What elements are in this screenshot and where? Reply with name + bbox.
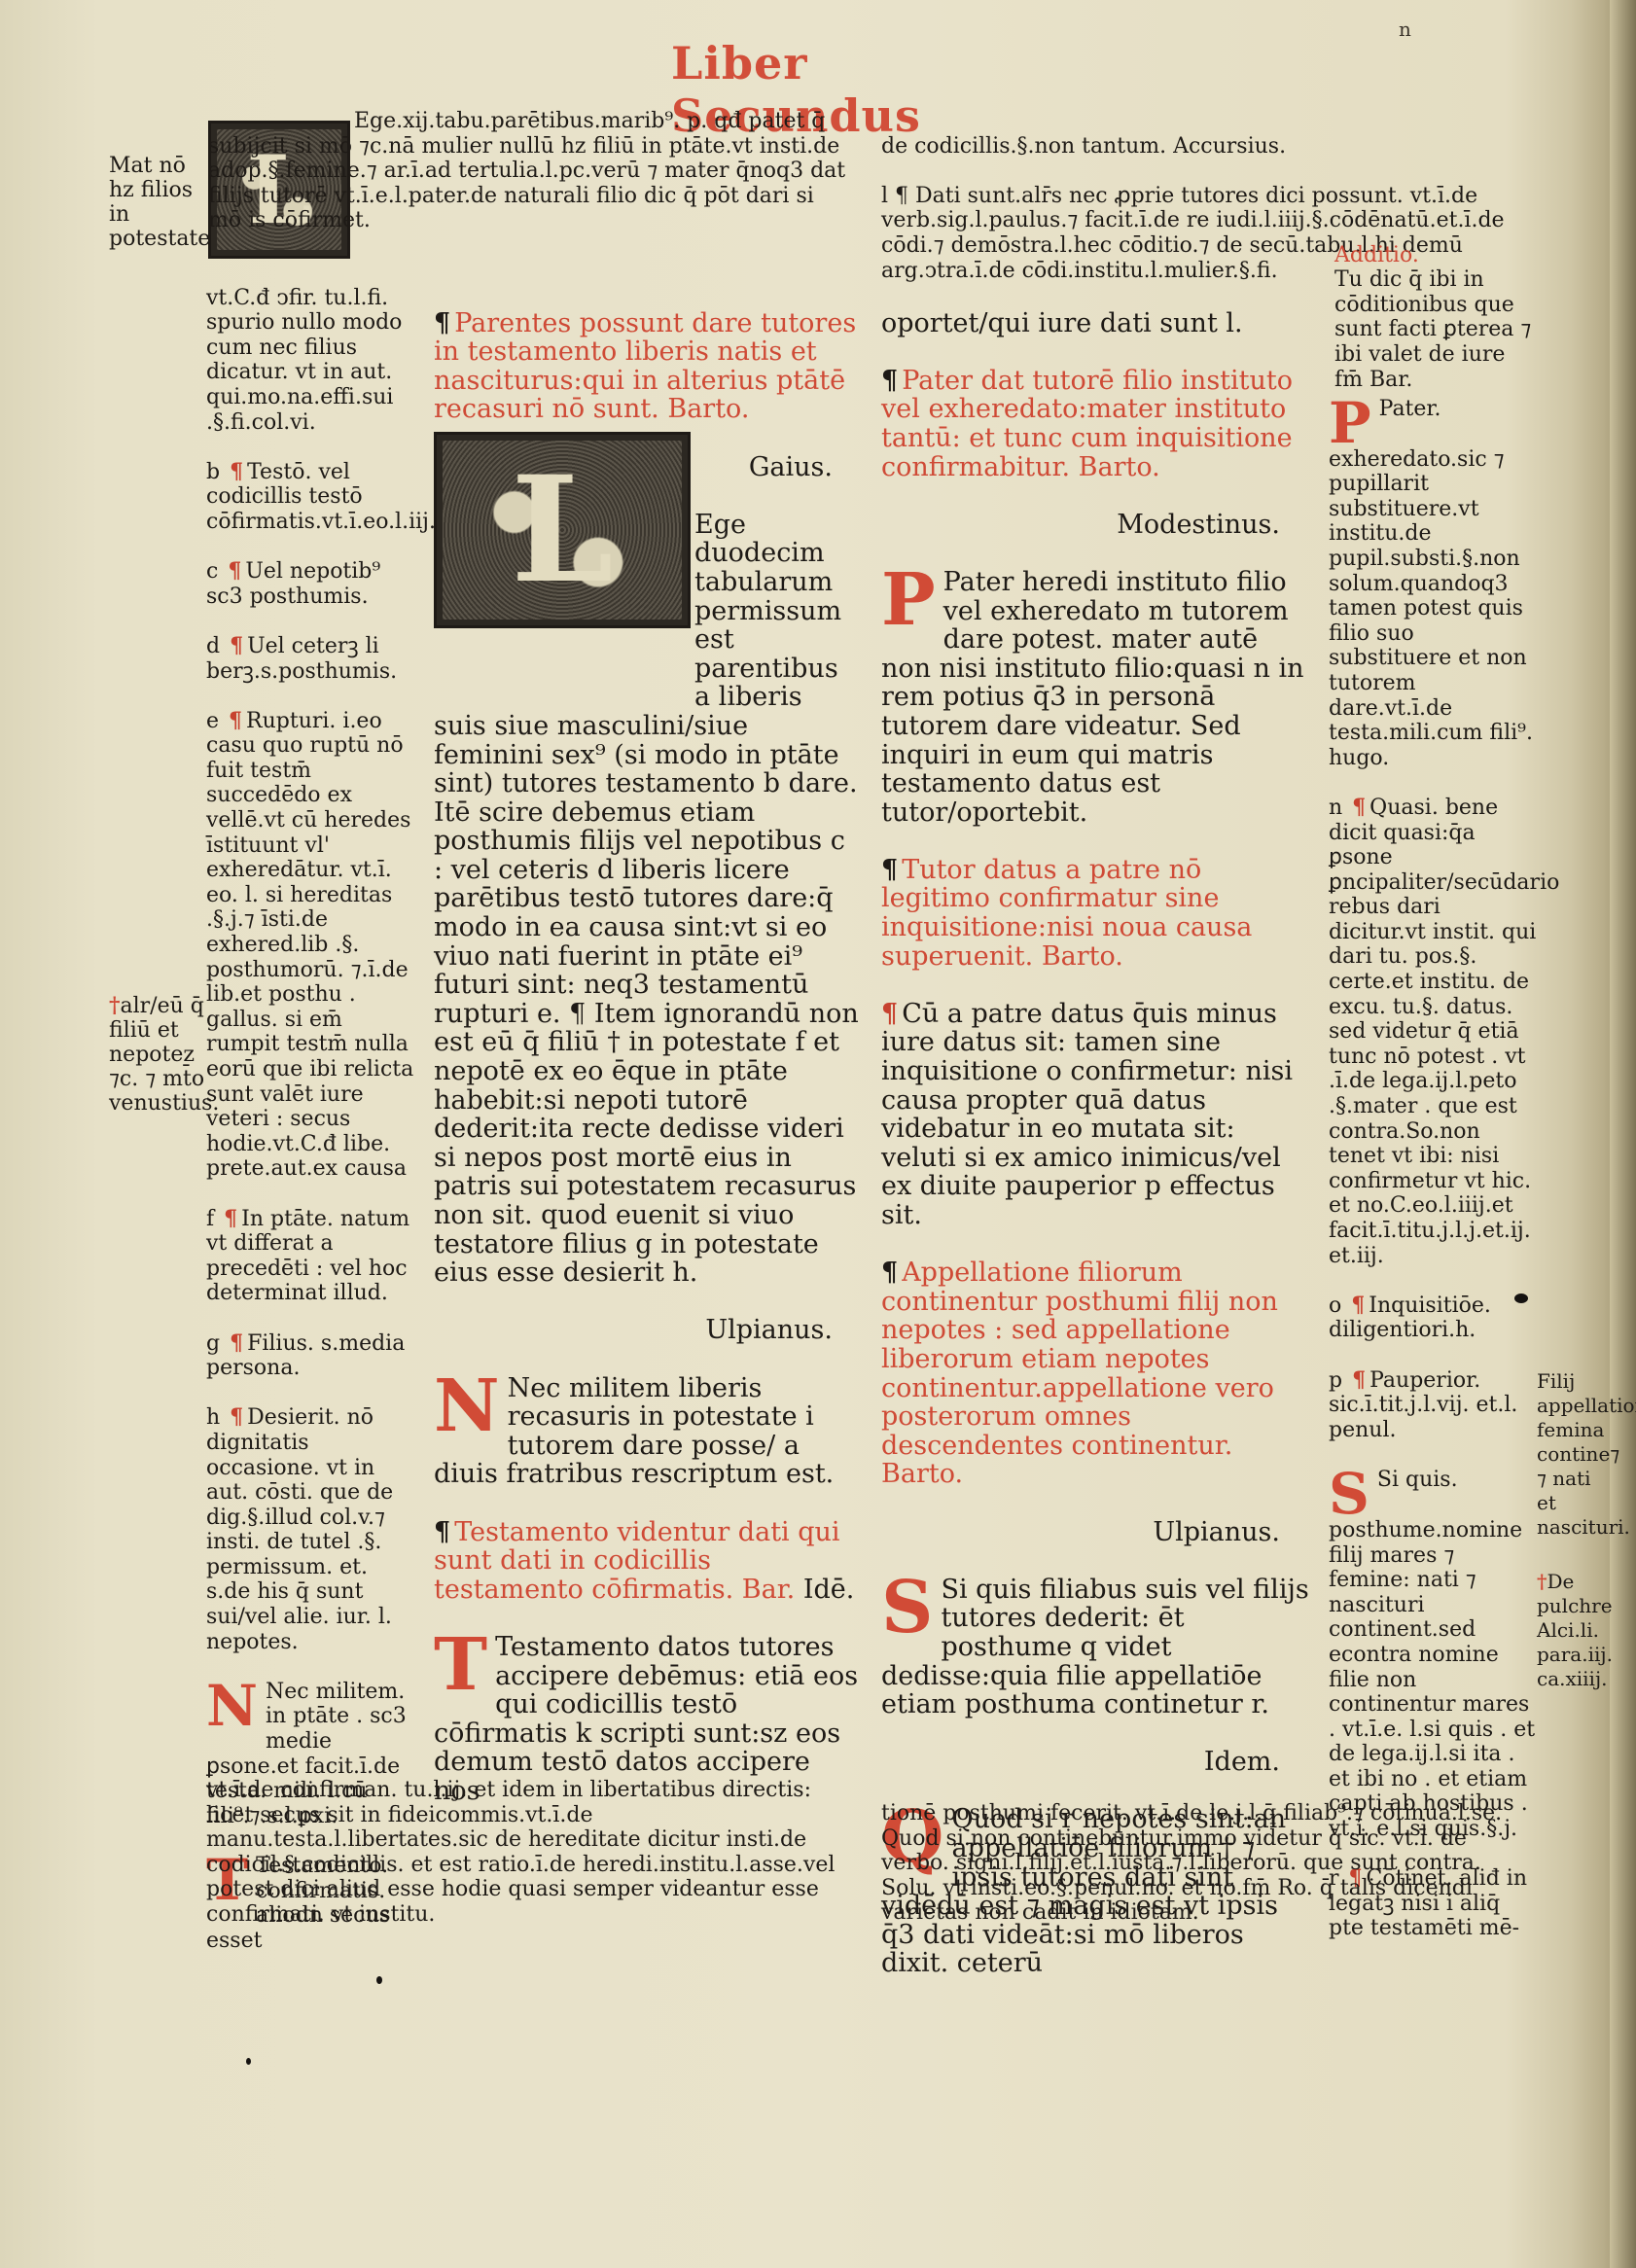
pilcrow-icon: ¶ [881, 1258, 898, 1288]
ink-speck [376, 1976, 382, 1984]
gloss-entry: vt.C.đ ↄfir. tu.l.fi. spurio nullo modo … [206, 286, 418, 436]
rubric-summary: ¶Parentes possunt dare tutores in testam… [434, 309, 862, 424]
rubric-initial-s: S [1329, 1470, 1369, 1518]
folio-mark: n [1399, 18, 1411, 41]
rubric-initial-p: P [881, 570, 936, 630]
gloss-entry: SSi quis. posthume.nomine filij mares ⁊ … [1329, 1468, 1537, 1842]
rubric-summary: ¶Tutor datus a patre nō legitimo confirm… [881, 856, 1309, 971]
pilcrow-icon: ¶ [224, 1206, 237, 1231]
pilcrow-icon: ¶ [1352, 795, 1366, 820]
gloss-entry: h¶Desierit. nō dignitatis occasione. vt … [206, 1405, 418, 1654]
gloss-left-column: vt.C.đ ↄfir. tu.l.fi. spurio nullo modo … [206, 261, 418, 1978]
author-heading: Idem. [881, 1748, 1309, 1777]
gloss-top-left: Ege.xij.tabu.parētibus.marib⁹. p. qđ pat… [208, 109, 850, 233]
main-paragraph: ¶Cū a patre datus q̄uis minus iure datus… [881, 1000, 1309, 1230]
rubric-summary: ¶Pater dat tutorē filio instituto vel ex… [881, 367, 1309, 481]
pilcrow-icon: ¶ [881, 855, 898, 885]
gloss-entry: PPater. exheredato.sic ⁊ pupillarit subs… [1329, 397, 1537, 771]
margin-note-top-left: Mat nō hz filios in potestate. [109, 154, 206, 251]
margin-note-right-cross: †De pulchre Alci.li. para.iij. ca.xiiij. [1537, 1570, 1615, 1691]
pilcrow-icon: ¶ [434, 308, 450, 338]
cross-mark-icon: † [109, 993, 121, 1018]
pilcrow-icon: ¶ [228, 558, 241, 584]
pilcrow-icon: ¶ [881, 999, 898, 1029]
main-text-right: oportet/qui iure dati sunt l. ¶Pater dat… [881, 280, 1309, 2007]
gloss-entry: d¶Uel ceterꝫ li berꝫ.s.posthumis. [206, 634, 418, 684]
addition-label: Additio. [1334, 243, 1419, 267]
gloss-bottom-right: tionē posthumi fecerit. vt.ī.de le.j.l.q… [881, 1801, 1533, 1926]
pilcrow-icon: ¶ [229, 708, 242, 733]
gloss-bottom-left: vt.ī.de confirman. tu.l.ij. et idem in l… [206, 1778, 860, 1928]
woodcut-letter: L [437, 435, 688, 625]
rubric-initial-p: P [1329, 399, 1371, 447]
gloss-right-column: PPater. exheredato.sic ⁊ pupillarit subs… [1329, 372, 1537, 1967]
gloss-entry: e¶Rupturi. i.eo casu quo ruptū nō fuit t… [206, 709, 418, 1182]
margin-note-mid-left: †alr/eū q̄ filiū et nepotez ⁊c. ⁊ mt̄o v… [109, 994, 206, 1116]
author-heading: Modestinus. [881, 511, 1309, 540]
pilcrow-icon: ¶ [230, 633, 243, 658]
pilcrow-icon: ¶ [230, 459, 243, 484]
rubric-initial-n: N [206, 1682, 258, 1730]
rubric-summary: ¶Testamento videntur dati qui sunt dati … [434, 1518, 862, 1605]
gloss-entry: g¶Filius. s.media persona. [206, 1331, 418, 1381]
margin-note-text: alr/eū q̄ filiū et nepotez ⁊c. ⁊ mt̄o ve… [109, 994, 219, 1116]
pilcrow-icon: ¶ [1351, 1293, 1365, 1318]
ink-speck [246, 2058, 251, 2065]
main-paragraph: oportet/qui iure dati sunt l. [881, 309, 1309, 338]
gloss-addition: Additio. Tu dic q̄ ibi in cōditionibus q… [1334, 218, 1539, 392]
gloss-entry: b¶Testō. vel codicillis testō cōfirmatis… [206, 460, 418, 535]
main-paragraph: NNec militem liberis recasuris in potest… [434, 1374, 862, 1489]
author-heading: Ulpianus. [881, 1518, 1309, 1547]
main-paragraph: PPater heredi instituto filio vel exhere… [881, 568, 1309, 827]
cross-mark-icon: † [1537, 1570, 1547, 1593]
pilcrow-icon: ¶ [230, 1330, 243, 1356]
woodcut-initial-large: L [434, 432, 691, 628]
rubric-initial-t: T [434, 1635, 487, 1695]
gloss-entry: c¶Uel nepotib⁹ sc3 posthumis. [206, 559, 418, 609]
ink-speck [1514, 1293, 1528, 1303]
rubric-summary: ¶Appellatione filiorum continentur posth… [881, 1258, 1309, 1489]
page-edge [1610, 0, 1636, 2268]
gloss-line: de codicillis.§.non tantum. Accursius. [881, 134, 1533, 159]
rubric-initial-n: N [434, 1376, 500, 1436]
gloss-entry: o¶Inquisitiōe. diligentiori.h. [1329, 1293, 1537, 1343]
gloss-entry: p¶Pauperior. sic.ī.tit.j.l.vij. et.l. pe… [1329, 1368, 1537, 1443]
gloss-entry: n¶Quasi. bene dicit quasi:q̄a ꝑsone ꝑnci… [1329, 796, 1537, 1268]
pilcrow-icon: ¶ [1352, 1367, 1366, 1393]
rubric-initial-s: S [881, 1577, 933, 1638]
main-paragraph: SSi quis filiabus suis vel filijs tutore… [881, 1576, 1309, 1719]
pilcrow-icon: ¶ [230, 1404, 243, 1430]
pilcrow-icon: ¶ [881, 366, 898, 396]
margin-note-right: Filij appellatione femina contine⁊ ⁊ nat… [1537, 1369, 1615, 1540]
pilcrow-icon: ¶ [434, 1517, 450, 1547]
gloss-entry: f¶In ptāte. natum vt differat a precedēt… [206, 1207, 418, 1306]
author-heading: Ulpianus. [434, 1316, 862, 1345]
